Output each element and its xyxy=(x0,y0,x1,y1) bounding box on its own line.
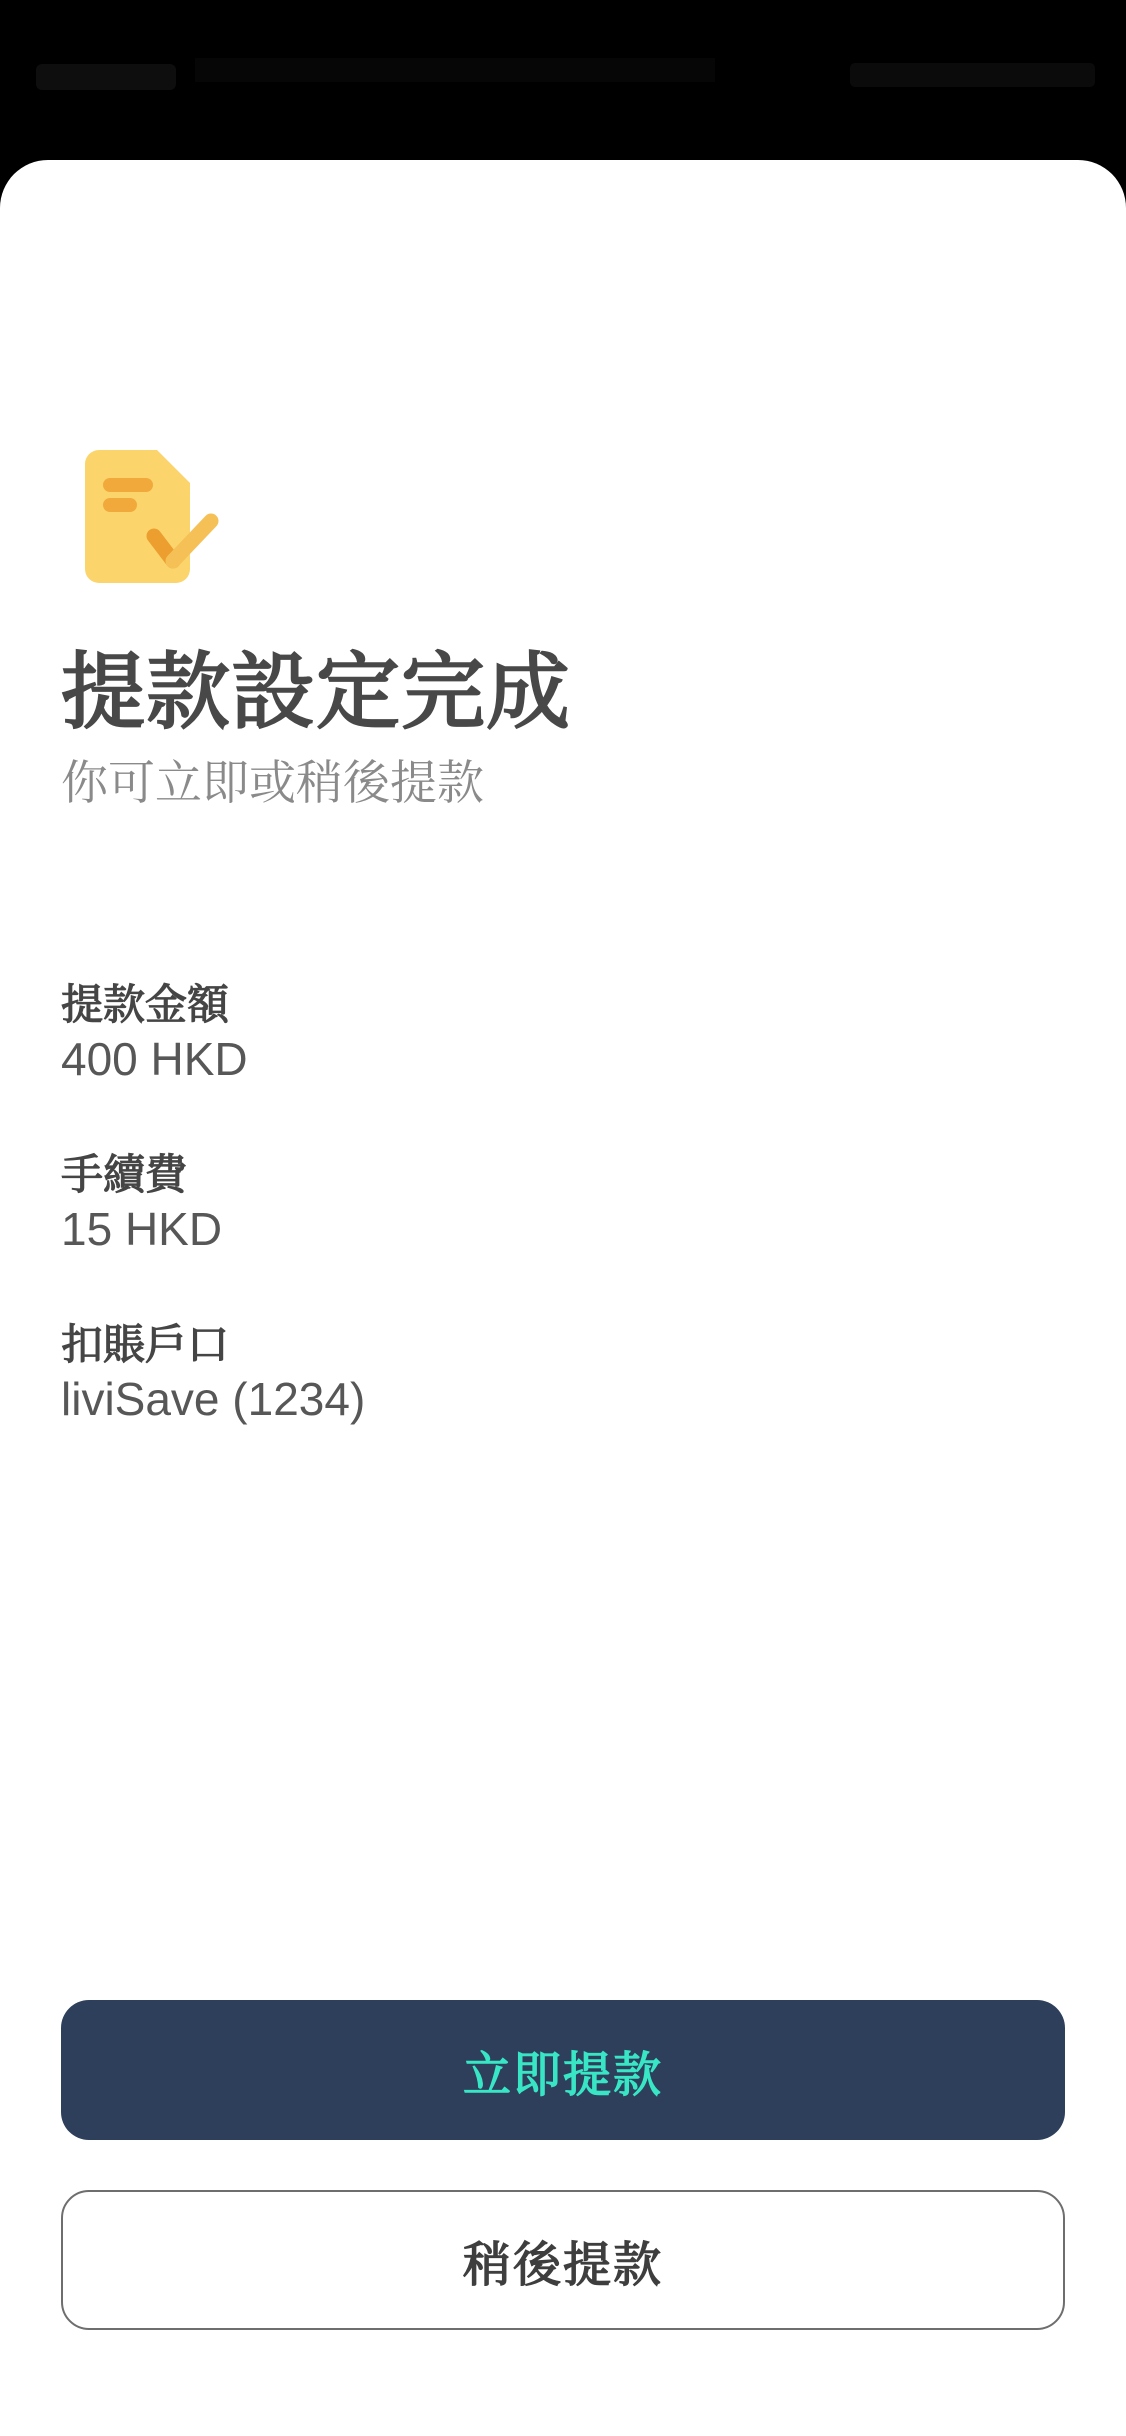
withdraw-later-button[interactable]: 稍後提款 xyxy=(61,2190,1065,2330)
detail-value: liviSave (1234) xyxy=(61,1374,961,1424)
detail-row-debit-account: 扣賬戶口 liviSave (1234) xyxy=(61,1316,961,1424)
withdraw-now-button[interactable]: 立即提款 xyxy=(61,2000,1065,2140)
detail-value: 400 HKD xyxy=(61,1034,961,1084)
page-title: 提款設定完成 xyxy=(61,646,571,738)
status-band-remnant xyxy=(195,58,715,82)
withdrawal-complete-sheet: 提款設定完成 你可立即或稍後提款 提款金額 400 HKD 手續費 15 HKD… xyxy=(0,160,1126,2436)
document-check-icon xyxy=(75,445,225,595)
detail-value: 15 HKD xyxy=(61,1204,961,1254)
detail-label: 扣賬戶口 xyxy=(61,1316,961,1374)
mobile-screen: 提款設定完成 你可立即或稍後提款 提款金額 400 HKD 手續費 15 HKD… xyxy=(0,0,1126,2436)
status-icons-remnant xyxy=(850,63,1095,87)
status-time-remnant xyxy=(36,64,176,90)
page-subtitle: 你可立即或稍後提款 xyxy=(61,756,484,810)
detail-row-amount: 提款金額 400 HKD xyxy=(61,976,961,1084)
detail-row-fee: 手續費 15 HKD xyxy=(61,1146,961,1254)
detail-label: 手續費 xyxy=(61,1146,961,1204)
withdrawal-details-list: 提款金額 400 HKD 手續費 15 HKD 扣賬戶口 liviSave (1… xyxy=(61,976,961,1486)
dimmed-status-bar xyxy=(0,0,1126,120)
detail-label: 提款金額 xyxy=(61,976,961,1034)
